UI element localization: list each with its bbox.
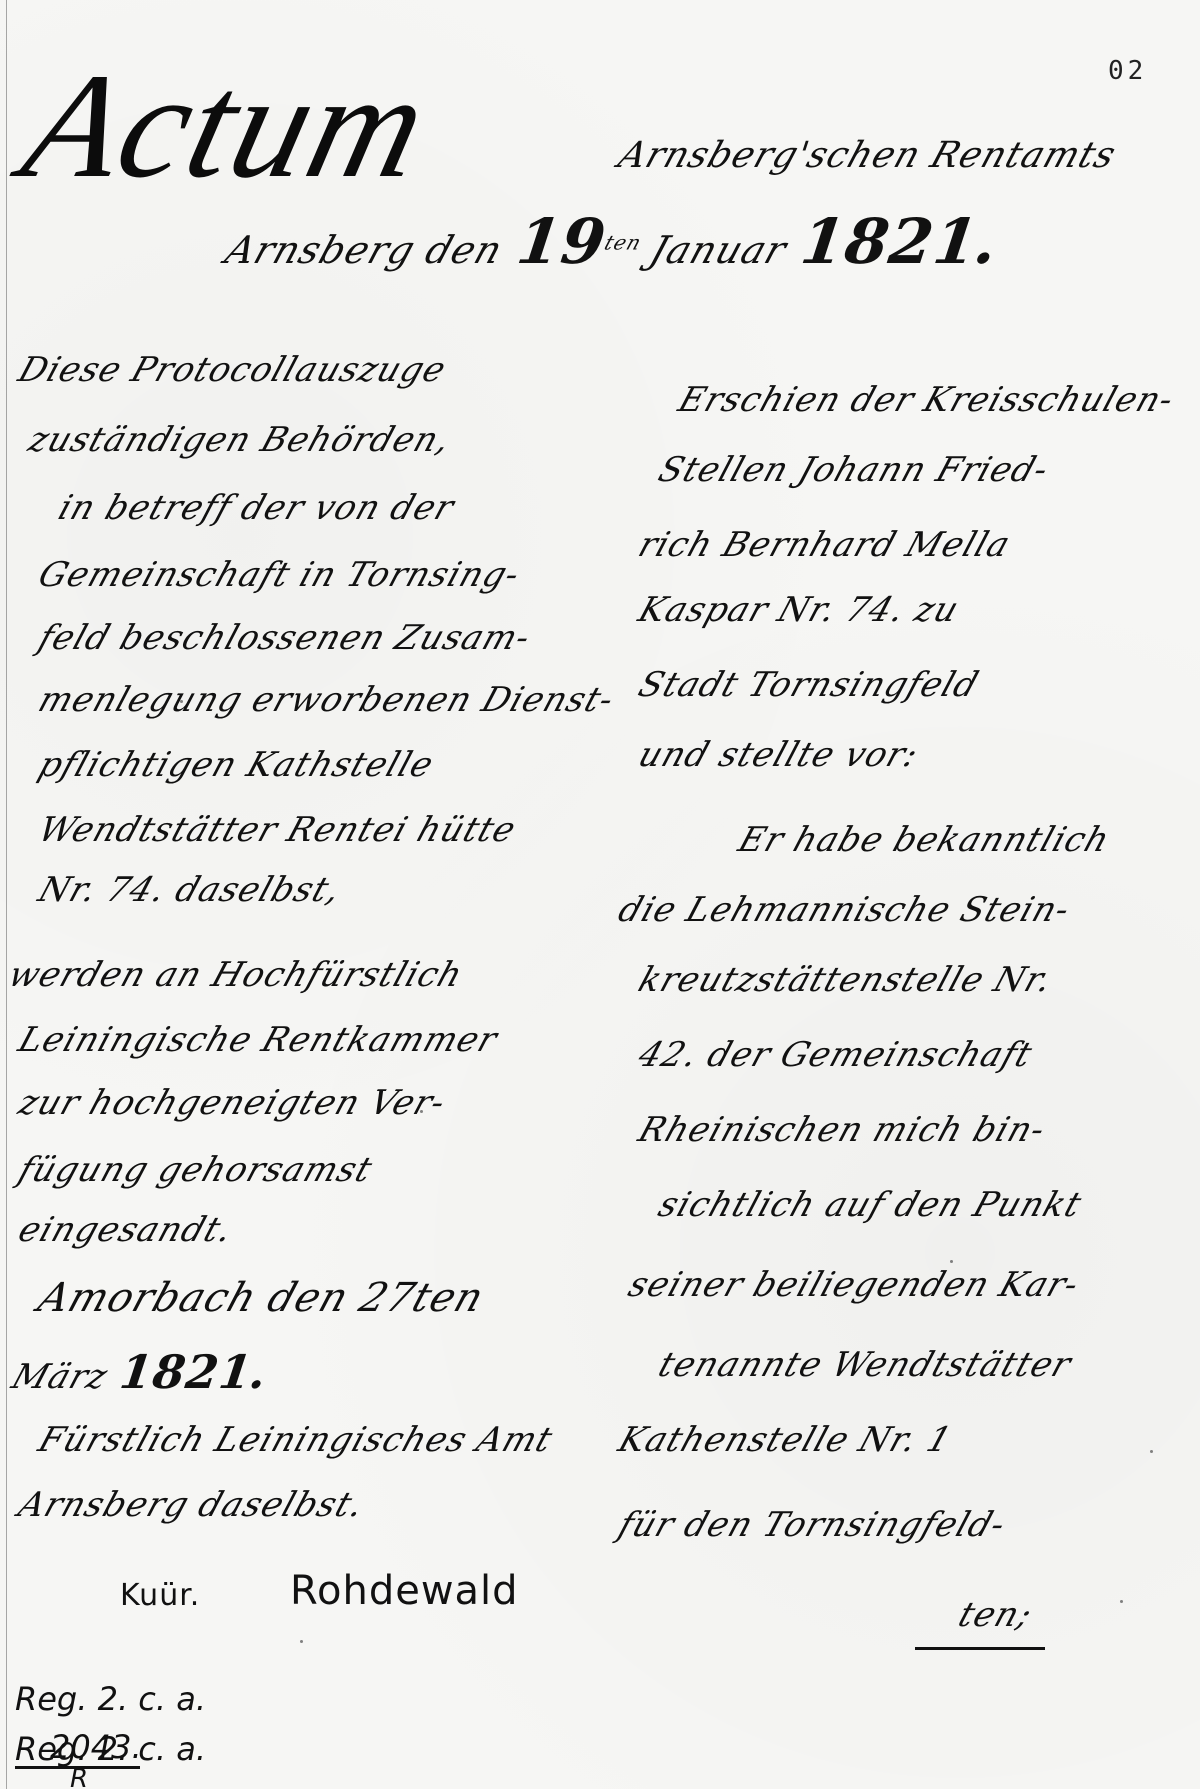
- left-line: zur hochgeneigten Ver-: [14, 1083, 452, 1123]
- scanned-document-page: 02 Actum Arnsberg'schen Rentamts Arnsber…: [0, 0, 1200, 1789]
- right-line: Erschien der Kreisschulen-: [674, 380, 1180, 420]
- document-title-actum: Actum: [9, 40, 445, 212]
- closing-office-line: Fürstlich Leiningisches Amt: [34, 1420, 558, 1460]
- left-line: Leiningische Rentkammer: [14, 1020, 503, 1060]
- closing-month: März: [7, 1357, 113, 1397]
- right-line: ten;: [954, 1595, 1038, 1635]
- right-line: rich Bernhard Mella: [634, 525, 1016, 565]
- closing-year: 1821.: [111, 1345, 278, 1399]
- date-day-suffix: ten: [601, 230, 645, 254]
- right-line: Stadt Tornsingfeld: [634, 665, 984, 705]
- left-line: eingesandt.: [14, 1210, 239, 1250]
- left-line: Diese Protocollauszuge: [14, 350, 452, 390]
- scan-speck: [300, 1640, 303, 1643]
- page-number: 02: [1108, 56, 1147, 86]
- scan-speck: [180, 700, 183, 703]
- closing-place-date: Amorbach den 27ten: [33, 1275, 490, 1321]
- right-line: Er habe bekanntlich: [734, 820, 1116, 860]
- date-day: 19: [505, 205, 617, 278]
- closing-underline: [915, 1647, 1045, 1650]
- left-line: Gemeinschaft in Tornsing-: [34, 555, 526, 595]
- left-line: Wendtstätter Rentei hütte: [34, 810, 522, 850]
- scan-speck: [420, 1110, 423, 1113]
- right-line: und stellte vor:: [634, 735, 924, 775]
- right-line: tenannte Wendtstätter: [654, 1345, 1077, 1385]
- date-month: Januar: [645, 228, 793, 272]
- right-line: Rheinischen mich bin-: [634, 1110, 1051, 1150]
- right-line: Kathenstelle Nr. 1: [614, 1420, 958, 1460]
- archival-number: 2043.: [50, 1728, 142, 1766]
- header-place-date: Arnsberg den 19ten Januar 1821.: [218, 205, 1012, 278]
- scan-edge-line: [6, 0, 7, 1789]
- left-line: feld beschlossenen Zusam-: [34, 618, 536, 658]
- signature: Rohdewald: [290, 1568, 519, 1614]
- archival-mark: R: [70, 1764, 88, 1789]
- archival-reference-line: Reg. 2. c. a.: [15, 1680, 206, 1718]
- scan-speck: [1120, 1600, 1123, 1603]
- right-line: Stellen Johann Fried-: [654, 450, 1055, 490]
- right-line: die Lehmannische Stein-: [614, 890, 1076, 930]
- right-line: sichtlich auf den Punkt: [654, 1185, 1088, 1225]
- scan-speck: [1150, 1450, 1153, 1453]
- signature-prefix: Kuür.: [120, 1578, 200, 1613]
- closing-office-line: Arnsberg daselbst.: [14, 1485, 370, 1525]
- left-line: Nr. 74. daselbst,: [34, 870, 347, 910]
- date-year: 1821.: [789, 205, 1012, 278]
- left-line: fügung gehorsamst: [14, 1150, 378, 1190]
- left-line: pflichtigen Kathstelle: [34, 745, 439, 785]
- closing-date-line: März 1821.: [6, 1345, 278, 1399]
- right-line: seiner beiliegenden Kar-: [624, 1265, 1085, 1305]
- place-date-prefix: Arnsberg den: [220, 228, 509, 272]
- left-line: werden an Hochfürstlich: [4, 955, 469, 995]
- left-line: in betreff der von der: [54, 488, 460, 528]
- right-line: 42. der Gemeinschaft: [634, 1035, 1038, 1075]
- right-line: Kaspar Nr. 74. zu: [634, 590, 965, 630]
- left-line: zuständigen Behörden,: [24, 420, 457, 460]
- left-line: menlegung erworbenen Dienst-: [34, 680, 620, 720]
- title-continuation: Arnsberg'schen Rentamts: [613, 135, 1121, 176]
- right-line: kreutzstättenstelle Nr.: [634, 960, 1058, 1000]
- scan-speck: [950, 1260, 953, 1263]
- right-line: für den Tornsingfeld-: [614, 1505, 1012, 1545]
